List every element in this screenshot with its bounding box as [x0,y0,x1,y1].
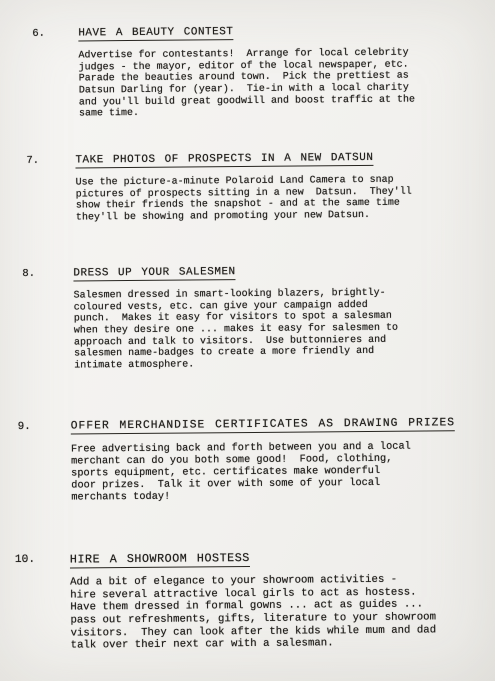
item-heading-text: DRESS UP YOUR SALESMEN [73,266,235,281]
item-content: DRESS UP YOUR SALESMEN Salesmen dressed … [73,265,398,373]
paper-sheet: 6. HAVE A BEAUTY CONTEST Advertise for c… [0,0,495,681]
item-heading: DRESS UP YOUR SALESMEN [73,265,397,281]
item-content: OFFER MERCHANDISE CERTIFICATES AS DRAWIN… [71,417,456,504]
item-body: Advertise for contestants! Arrange for l… [78,48,415,121]
item-heading-text: TAKE PHOTOS OF PROSPECTS IN A NEW DATSUN [75,152,373,169]
item-heading: OFFER MERCHANDISE CERTIFICATES AS DRAWIN… [71,417,455,433]
scanned-document-page: 6. HAVE A BEAUTY CONTEST Advertise for c… [0,0,495,681]
item-heading: HAVE A BEAUTY CONTEST [78,25,414,41]
item-number: 10. [15,554,70,567]
list-item: 7. TAKE PHOTOS OF PROSPECTS IN A NEW DAT… [26,152,412,225]
list-item: 8. DRESS UP YOUR SALESMEN Salesmen dress… [22,265,398,373]
item-heading-text: OFFER MERCHANDISE CERTIFICATES AS DRAWIN… [71,417,455,434]
list-item: 6. HAVE A BEAUTY CONTEST Advertise for c… [32,25,415,121]
item-number: 7. [26,154,75,167]
item-heading: TAKE PHOTOS OF PROSPECTS IN A NEW DATSUN [75,152,411,168]
item-number: 6. [32,27,78,40]
list-item: 9. OFFER MERCHANDISE CERTIFICATES AS DRA… [18,417,456,504]
item-body: Salesmen dressed in smart-looking blazer… [74,288,399,373]
item-content: HIRE A SHOWROOM HOSTESS Add a bit of ele… [70,550,436,652]
item-body: Add a bit of elegance to your showroom a… [70,573,436,652]
item-heading: HIRE A SHOWROOM HOSTESS [70,550,436,566]
item-content: TAKE PHOTOS OF PROSPECTS IN A NEW DATSUN… [75,152,412,225]
item-heading-text: HIRE A SHOWROOM HOSTESS [70,551,250,569]
list-item: 10. HIRE A SHOWROOM HOSTESS Add a bit of… [15,550,436,652]
item-heading-text: HAVE A BEAUTY CONTEST [78,26,233,41]
item-content: HAVE A BEAUTY CONTEST Advertise for cont… [78,25,415,121]
item-body: Free advertising back and forth between … [71,440,456,504]
item-number: 9. [18,421,71,434]
item-number: 8. [22,268,73,281]
item-body: Use the picture-a-minute Polaroid Land C… [76,175,412,225]
